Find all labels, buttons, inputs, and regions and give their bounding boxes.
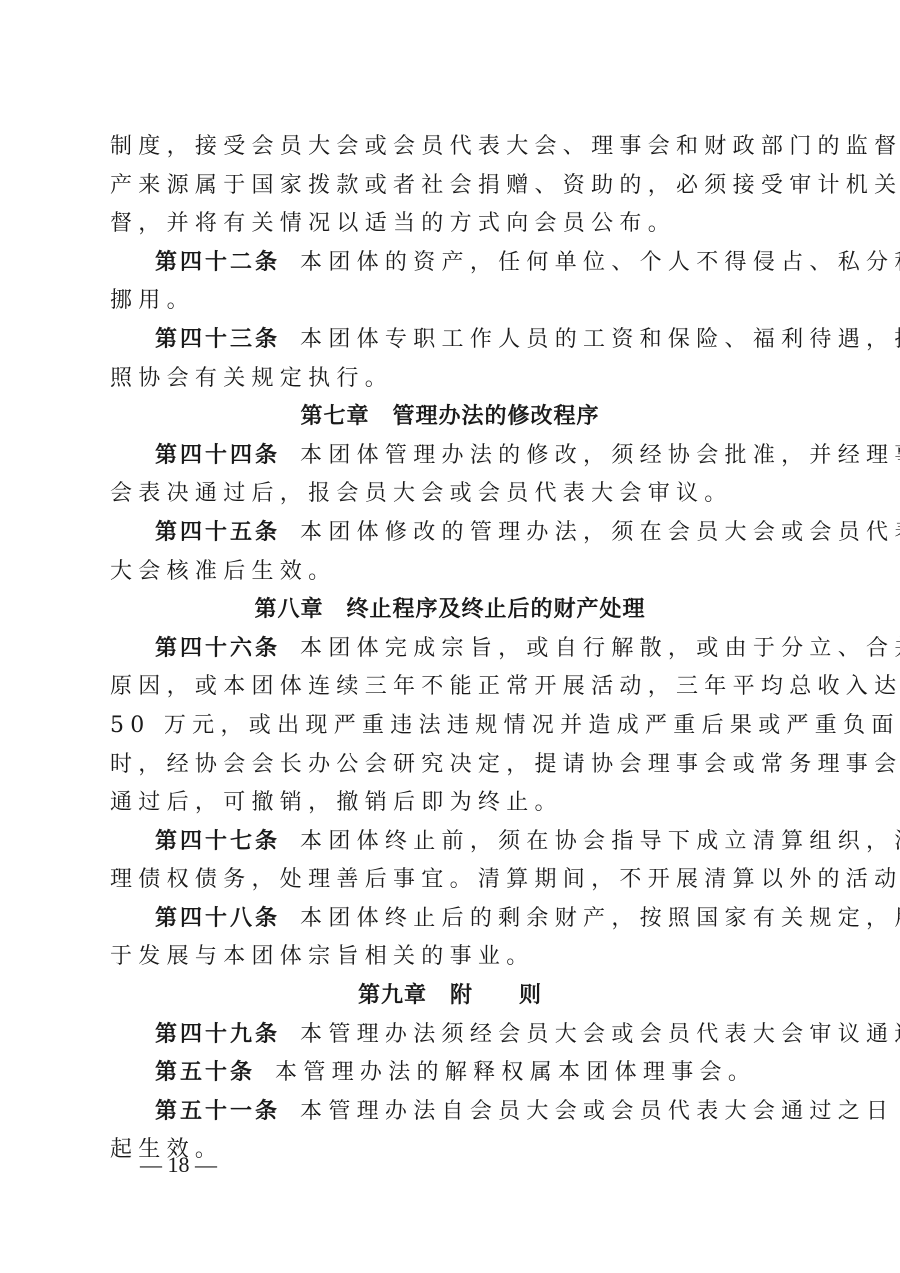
article-label: 第四十五条 (155, 520, 280, 545)
article-text: 本团体管理办法的修改，须经协会批准，并经理事 (300, 443, 900, 468)
article-label: 第五十条 (155, 1060, 255, 1085)
text-line: 第五十一条本管理办法自会员大会或会员代表大会通过之日 (110, 1093, 790, 1132)
text-line: 照协会有关规定执行。 (110, 360, 790, 399)
text-line: 产来源属于国家拨款或者社会捐赠、资助的，必须接受审计机关的监 (110, 167, 790, 206)
article-49: 第四十九条本管理办法须经会员大会或会员代表大会审议通过。 (110, 1016, 790, 1055)
article-45: 第四十五条本团体修改的管理办法，须在会员大会或会员代表 大会核准后生效。 (110, 514, 790, 591)
article-label: 第四十六条 (155, 636, 280, 661)
article-42: 第四十二条本团体的资产，任何单位、个人不得侵占、私分和 挪用。 (110, 244, 790, 321)
text-line: 督，并将有关情况以适当的方式向会员公布。 (110, 205, 790, 244)
text-line: 于发展与本团体宗旨相关的事业。 (110, 938, 790, 977)
document-page: 制度，接受会员大会或会员代表大会、理事会和财政部门的监督。资 产来源属于国家拨款… (110, 128, 790, 1170)
article-text: 本管理办法的解释权属本团体理事会。 (275, 1060, 756, 1085)
article-text: 本团体终止后的剩余财产，按照国家有关规定，用 (300, 906, 900, 931)
page-number: — 18 — (140, 1152, 217, 1178)
text-line: 通过后，可撤销，撤销后即为终止。 (110, 784, 790, 823)
article-label: 第四十二条 (155, 250, 280, 275)
article-label: 第五十一条 (155, 1099, 280, 1124)
text-line: 第四十二条本团体的资产，任何单位、个人不得侵占、私分和 (110, 244, 790, 283)
text-line: 第四十四条本团体管理办法的修改，须经协会批准，并经理事 (110, 437, 790, 476)
article-44: 第四十四条本团体管理办法的修改，须经协会批准，并经理事 会表决通过后，报会员大会… (110, 437, 790, 514)
text-line: 第四十六条本团体完成宗旨，或自行解散，或由于分立、合并 (110, 630, 790, 669)
article-text: 本团体终止前，须在协会指导下成立清算组织，清 (300, 829, 900, 854)
article-text: 本团体完成宗旨，或自行解散，或由于分立、合并 (300, 636, 900, 661)
chapter-9-heading: 第九章 附 则 (110, 977, 790, 1016)
text-line: 第四十三条本团体专职工作人员的工资和保险、福利待遇，按 (110, 321, 790, 360)
text-line: 大会核准后生效。 (110, 553, 790, 592)
article-text: 本管理办法自会员大会或会员代表大会通过之日 (300, 1099, 894, 1124)
article-text: 本团体专职工作人员的工资和保险、福利待遇，按 (300, 327, 900, 352)
text-line: 第五十条本管理办法的解释权属本团体理事会。 (110, 1054, 790, 1093)
chapter-8-heading: 第八章 终止程序及终止后的财产处理 (110, 591, 790, 630)
article-label: 第四十七条 (155, 829, 280, 854)
text-line: 第四十七条本团体终止前，须在协会指导下成立清算组织，清 (110, 823, 790, 862)
article-label: 第四十八条 (155, 906, 280, 931)
text-line: 第四十九条本管理办法须经会员大会或会员代表大会审议通过。 (110, 1016, 790, 1055)
article-46: 第四十六条本团体完成宗旨，或自行解散，或由于分立、合并 原因，或本团体连续三年不… (110, 630, 790, 823)
article-50: 第五十条本管理办法的解释权属本团体理事会。 (110, 1054, 790, 1093)
article-label: 第四十九条 (155, 1022, 280, 1047)
chapter-7-heading: 第七章 管理办法的修改程序 (110, 398, 790, 437)
article-43: 第四十三条本团体专职工作人员的工资和保险、福利待遇，按 照协会有关规定执行。 (110, 321, 790, 398)
article-text: 本团体修改的管理办法，须在会员大会或会员代表 (300, 520, 900, 545)
text-line: 第四十五条本团体修改的管理办法，须在会员大会或会员代表 (110, 514, 790, 553)
text-line: 原因，或本团体连续三年不能正常开展活动，三年平均总收入达不到 (110, 668, 790, 707)
article-48: 第四十八条本团体终止后的剩余财产，按照国家有关规定，用 于发展与本团体宗旨相关的… (110, 900, 790, 977)
article-text: 本团体的资产，任何单位、个人不得侵占、私分和 (300, 250, 900, 275)
text-line: 制度，接受会员大会或会员代表大会、理事会和财政部门的监督。资 (110, 128, 790, 167)
article-label: 第四十三条 (155, 327, 280, 352)
text-line: 会表决通过后，报会员大会或会员代表大会审议。 (110, 475, 790, 514)
text-line: 第四十八条本团体终止后的剩余财产，按照国家有关规定，用 (110, 900, 790, 939)
text-line: 时，经协会会长办公会研究决定，提请协会理事会或常务理事会表决 (110, 746, 790, 785)
text-line: 挪用。 (110, 282, 790, 321)
article-47: 第四十七条本团体终止前，须在协会指导下成立清算组织，清 理债权债务，处理善后事宜… (110, 823, 790, 900)
article-label: 第四十四条 (155, 443, 280, 468)
continuation-paragraph: 制度，接受会员大会或会员代表大会、理事会和财政部门的监督。资 产来源属于国家拨款… (110, 128, 790, 244)
article-text: 本管理办法须经会员大会或会员代表大会审议通过。 (300, 1022, 900, 1047)
text-line: 50 万元，或出现严重违法违规情况并造成严重后果或严重负面影响 (110, 707, 790, 746)
text-line: 理债权债务，处理善后事宜。清算期间，不开展清算以外的活动。 (110, 861, 790, 900)
